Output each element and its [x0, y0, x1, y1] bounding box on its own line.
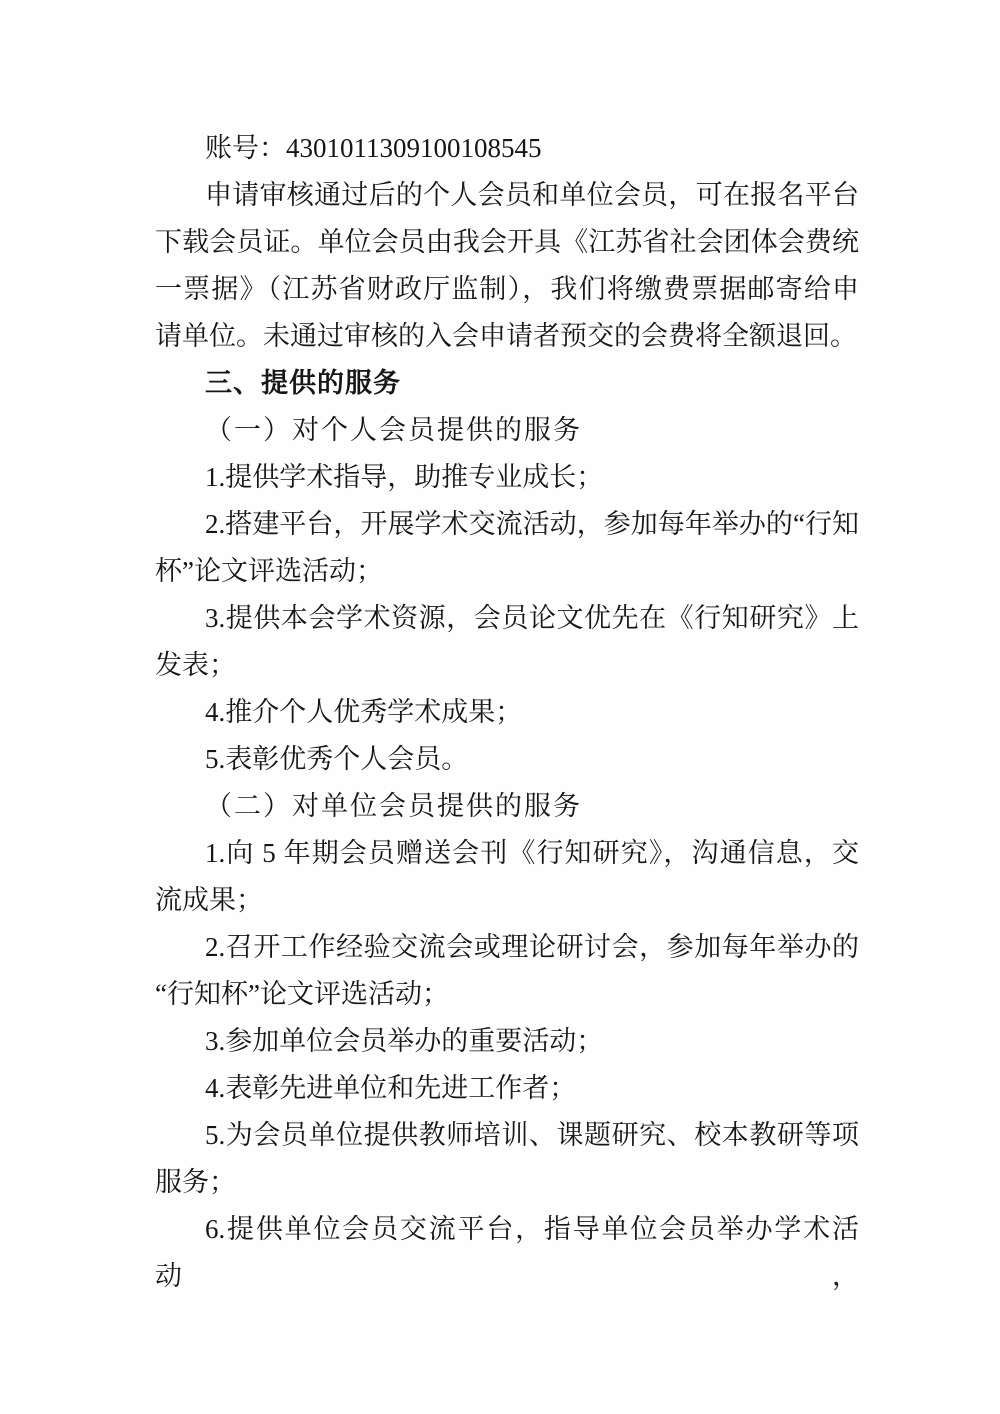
text-line: 5.表彰优秀个人会员。	[155, 736, 859, 783]
text-line: 申请审核通过后的个人会员和单位会员，可在报名平台	[155, 172, 859, 219]
paragraph: 1.提供学术指导，助推专业成长；	[155, 454, 859, 501]
text-line: 6.提供单位会员交流平台，指导单位会员举办学术活动，	[155, 1206, 859, 1253]
text-line: 流成果；	[155, 877, 859, 924]
text-line: 3.提供本会学术资源，会员论文优先在《行知研究》上	[155, 595, 859, 642]
text-line: 2.搭建平台，开展学术交流活动，参加每年举办的“行知	[155, 501, 859, 548]
text-line: 一票据》（江苏省财政厅监制），我们将缴费票据邮寄给申	[155, 266, 859, 313]
text-line: 4.表彰先进单位和先进工作者；	[155, 1065, 859, 1112]
text-line: “行知杯”论文评选活动；	[155, 971, 859, 1018]
paragraph: 5.表彰优秀个人会员。	[155, 736, 859, 783]
text-line: 三、提供的服务	[155, 360, 859, 407]
paragraph: 6.提供单位会员交流平台，指导单位会员举办学术活动，	[155, 1206, 859, 1253]
text-line: 2.召开工作经验交流会或理论研讨会，参加每年举办的	[155, 924, 859, 971]
text-line: 发表；	[155, 642, 859, 689]
heading-hei: 三、提供的服务	[155, 360, 859, 407]
text-line: 下载会员证。单位会员由我会开具《江苏省社会团体会费统	[155, 219, 859, 266]
heading-kai: （二）对单位会员提供的服务	[155, 783, 859, 830]
paragraph: 3.参加单位会员举办的重要活动；	[155, 1018, 859, 1065]
document-content: 账号：4301011309100108545申请审核通过后的个人会员和单位会员，…	[155, 125, 859, 1253]
paragraph: 2.搭建平台，开展学术交流活动，参加每年举办的“行知杯”论文评选活动；	[155, 501, 859, 595]
paragraph: 申请审核通过后的个人会员和单位会员，可在报名平台下载会员证。单位会员由我会开具《…	[155, 172, 859, 360]
text-line: 1.提供学术指导，助推专业成长；	[155, 454, 859, 501]
text-line: 请单位。未通过审核的入会申请者预交的会费将全额退回。	[155, 313, 859, 360]
document-page: 账号：4301011309100108545申请审核通过后的个人会员和单位会员，…	[0, 0, 1000, 1414]
paragraph: 4.表彰先进单位和先进工作者；	[155, 1065, 859, 1112]
paragraph: 账号：4301011309100108545	[155, 125, 859, 172]
paragraph: 4.推介个人优秀学术成果；	[155, 689, 859, 736]
text-line: 4.推介个人优秀学术成果；	[155, 689, 859, 736]
text-line: 服务；	[155, 1159, 859, 1206]
text-line: 5.为会员单位提供教师培训、课题研究、校本教研等项	[155, 1112, 859, 1159]
text-line: （一）对个人会员提供的服务	[155, 407, 859, 454]
paragraph: 5.为会员单位提供教师培训、课题研究、校本教研等项服务；	[155, 1112, 859, 1206]
paragraph: 1.向 5 年期会员赠送会刊《行知研究》，沟通信息，交流成果；	[155, 830, 859, 924]
paragraph: 3.提供本会学术资源，会员论文优先在《行知研究》上发表；	[155, 595, 859, 689]
text-line: （二）对单位会员提供的服务	[155, 783, 859, 830]
text-line: 1.向 5 年期会员赠送会刊《行知研究》，沟通信息，交	[155, 830, 859, 877]
text-line: 杯”论文评选活动；	[155, 548, 859, 595]
paragraph: 2.召开工作经验交流会或理论研讨会，参加每年举办的“行知杯”论文评选活动；	[155, 924, 859, 1018]
text-line: 3.参加单位会员举办的重要活动；	[155, 1018, 859, 1065]
text-line: 账号：4301011309100108545	[155, 125, 859, 172]
heading-kai: （一）对个人会员提供的服务	[155, 407, 859, 454]
